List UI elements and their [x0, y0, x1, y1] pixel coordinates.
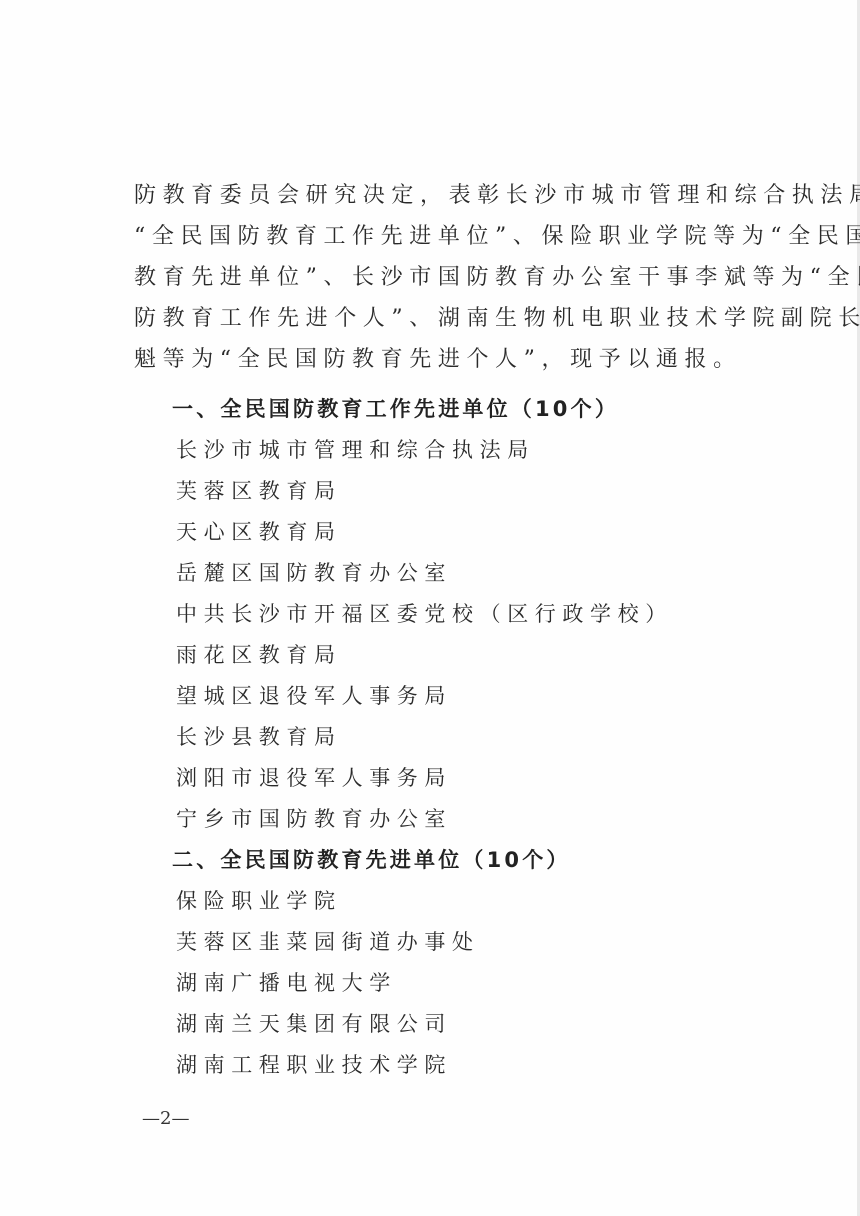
section1-heading: 一、全民国防教育工作先进单位（10个）	[172, 393, 619, 423]
list-item: 长沙市城市管理和综合执法局	[176, 434, 535, 464]
intro-line: 防教育工作先进个人”、湖南生物机电职业技术学院副院长刘晓	[134, 298, 734, 339]
intro-paragraph: 防教育委员会研究决定，表彰长沙市城市管理和综合执法局等为 “全民国防教育工作先进…	[134, 175, 734, 380]
list-item: 芙蓉区韭菜园街道办事处	[176, 926, 480, 956]
list-item: 岳麓区国防教育办公室	[176, 557, 452, 587]
section2-heading: 二、全民国防教育先进单位（10个）	[172, 844, 571, 874]
intro-line: 防教育委员会研究决定，表彰长沙市城市管理和综合执法局等为	[134, 175, 734, 216]
list-item: 保险职业学院	[176, 885, 342, 915]
list-item: 芙蓉区教育局	[176, 475, 342, 505]
list-item: 雨花区教育局	[176, 639, 342, 669]
list-item: 中共长沙市开福区委党校（区行政学校）	[176, 598, 673, 628]
page-number: —2—	[142, 1108, 189, 1129]
list-item: 天心区教育局	[176, 516, 342, 546]
list-item: 长沙县教育局	[176, 721, 342, 751]
list-item: 宁乡市国防教育办公室	[176, 803, 452, 833]
list-item: 湖南兰天集团有限公司	[176, 1008, 452, 1038]
intro-line: 教育先进单位”、长沙市国防教育办公室干事李斌等为“全民国	[134, 257, 734, 298]
list-item: 湖南工程职业技术学院	[176, 1049, 452, 1079]
intro-line: “全民国防教育工作先进单位”、保险职业学院等为“全民国防	[134, 216, 734, 257]
list-item: 浏阳市退役军人事务局	[176, 762, 452, 792]
intro-line: 魁等为“全民国防教育先进个人”，现予以通报。	[134, 339, 734, 380]
document-page: 防教育委员会研究决定，表彰长沙市城市管理和综合执法局等为 “全民国防教育工作先进…	[0, 0, 860, 1216]
list-item: 望城区退役军人事务局	[176, 680, 452, 710]
list-item: 湖南广播电视大学	[176, 967, 397, 997]
